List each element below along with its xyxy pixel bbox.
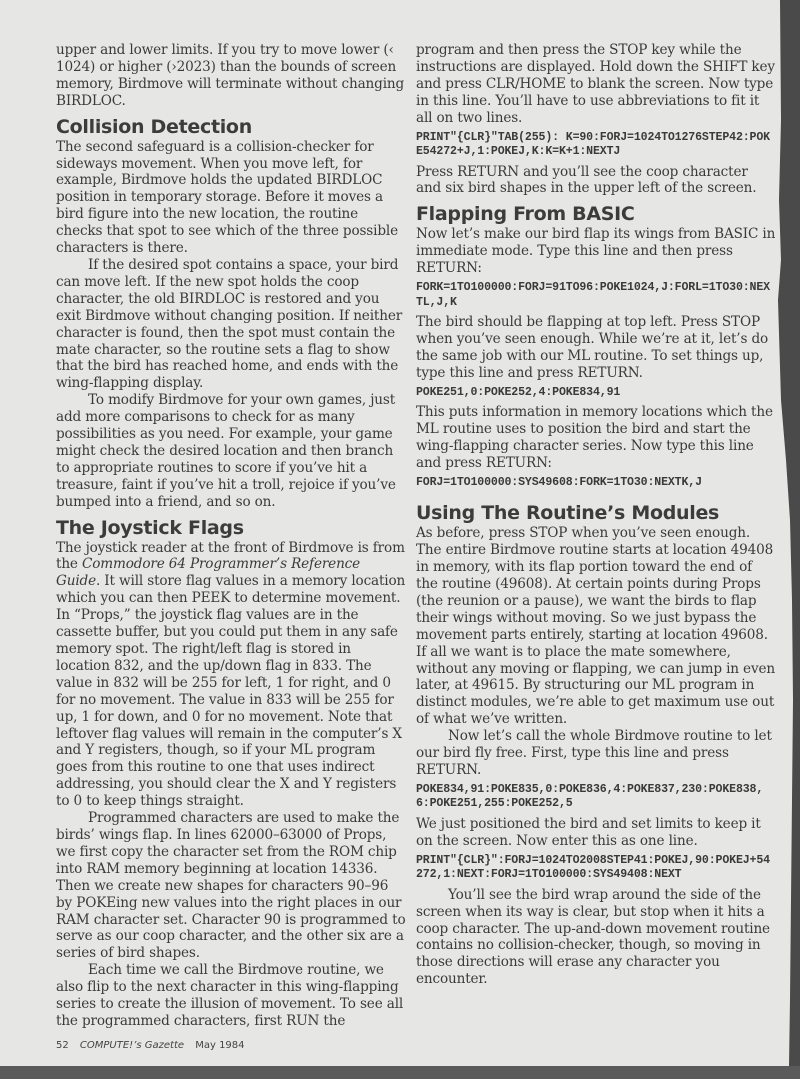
paragraph: upper and lower limits. If you try to mo… — [56, 42, 406, 110]
paragraph: As before, press STOP when you’ve seen e… — [416, 525, 776, 728]
paragraph: program and then press the STOP key whil… — [416, 42, 776, 127]
page-number: 52 — [56, 1040, 69, 1051]
paragraph: The second safeguard is a collision-chec… — [56, 139, 406, 257]
code-listing: FORJ=1TO100000:SYS49608:FORK=1TO30:NEXTK… — [416, 476, 776, 491]
paragraph: Now let’s call the whole Birdmove routin… — [416, 728, 776, 779]
left-column: upper and lower limits. If you try to mo… — [56, 42, 406, 1030]
issue-date: May 1984 — [195, 1040, 244, 1051]
paragraph: If the desired spot contains a space, yo… — [56, 257, 406, 392]
paragraph: Programmed characters are used to make t… — [56, 810, 406, 962]
code-listing: PRINT"{CLR}":FORJ=1024TO2008STEP41:POKEJ… — [416, 854, 776, 883]
code-listing: POKE251,0:POKE252,4:POKE834,91 — [416, 386, 776, 401]
heading-joystick-flags: The Joystick Flags — [56, 517, 406, 539]
paragraph: This puts information in memory location… — [416, 404, 776, 472]
right-column: program and then press the STOP key whil… — [416, 42, 776, 988]
paragraph: Press RETURN and you’ll see the coop cha… — [416, 164, 776, 198]
paragraph: We just positioned the bird and set limi… — [416, 816, 776, 850]
paragraph: To modify Birdmove for your own games, j… — [56, 392, 406, 510]
code-listing: POKE834,91:POKE835,0:POKE836,4:POKE837,2… — [416, 783, 776, 812]
heading-collision-detection: Collision Detection — [56, 116, 406, 138]
paragraph: Each time we call the Birdmove routine, … — [56, 962, 406, 1030]
heading-using-modules: Using The Routine’s Modules — [416, 502, 776, 524]
magazine-name: COMPUTE!’s Gazette — [80, 1040, 184, 1051]
text: . It will store flag values in a memory … — [56, 573, 405, 809]
code-listing: PRINT"{CLR}"TAB(255): K=90:FORJ=1024TO12… — [416, 131, 776, 160]
page-footer: 52 COMPUTE!’s Gazette May 1984 — [56, 1040, 245, 1051]
paragraph: Now let’s make our bird flap its wings f… — [416, 226, 776, 277]
code-listing: FORK=1TO100000:FORJ=91TO96:POKE1024,J:FO… — [416, 281, 776, 310]
magazine-page: upper and lower limits. If you try to mo… — [0, 0, 800, 1079]
paragraph: The bird should be flapping at top left.… — [416, 314, 776, 382]
paragraph: The joystick reader at the front of Bird… — [56, 540, 406, 811]
heading-flapping-from-basic: Flapping From BASIC — [416, 203, 776, 225]
scan-edge — [0, 1066, 800, 1079]
paragraph: You’ll see the bird wrap around the side… — [416, 887, 776, 988]
